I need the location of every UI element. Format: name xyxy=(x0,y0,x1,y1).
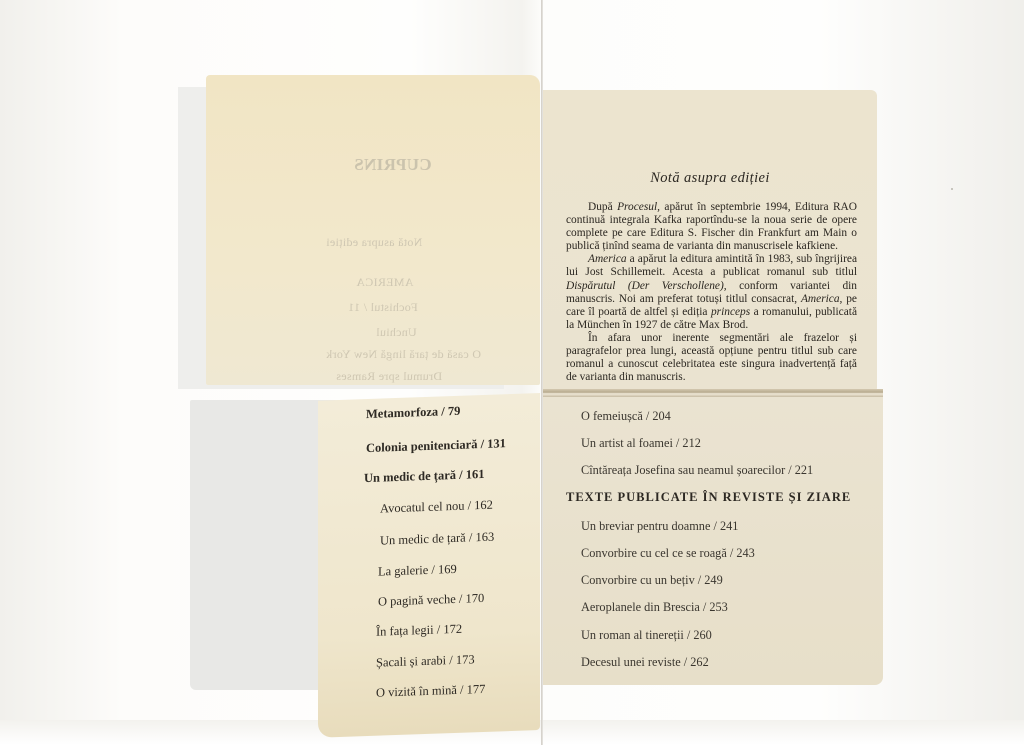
toc-entry: Convorbire cu un bețiv / 249 xyxy=(581,573,723,588)
show-through-line: AMERICA xyxy=(356,275,413,290)
note-paragraph: America a apărut la editura amintită în … xyxy=(566,253,857,332)
show-through-line: O casă de țară lingă New York xyxy=(326,347,481,362)
note-text: În afara unor inerente segmentări ale fr… xyxy=(566,332,857,383)
note-paragraph: După Procesul, apărut în septembrie 1994… xyxy=(566,201,857,253)
toc-entry: O vizită în mină / 177 xyxy=(376,682,485,701)
toc-section-heading: TEXTE PUBLICATE ÎN REVISTE ȘI ZIARE xyxy=(566,490,851,505)
toc-entry: O femeiușcă / 204 xyxy=(581,409,671,424)
toc-entry: Metamorfoza / 79 xyxy=(366,404,460,422)
show-through-line: Fochistul / 11 xyxy=(348,300,418,315)
toc-entry: Un breviar pentru doamne / 241 xyxy=(581,519,738,534)
note-italic-text: Procesul, xyxy=(617,201,660,213)
toc-entry: Un medic de țară / 161 xyxy=(364,467,484,486)
toc-entry: La galerie / 169 xyxy=(378,562,457,580)
dust-speck xyxy=(951,188,953,190)
toc-right-page: O femeiușcă / 204Un artist al foamei / 2… xyxy=(543,397,883,685)
show-through-line: Notă asupra ediției xyxy=(326,235,422,250)
toc-left-page: Metamorfoza / 79Colonia penitenciară / 1… xyxy=(318,393,540,738)
note-text: După xyxy=(588,201,617,213)
toc-entry: O pagină veche / 170 xyxy=(378,591,484,610)
note-italic-text: America xyxy=(588,253,627,265)
page-fold-edge xyxy=(543,389,883,397)
toc-entry: Decesul unei reviste / 262 xyxy=(581,655,709,670)
toc-entry: Un roman al tinereții / 260 xyxy=(581,628,712,643)
show-through-line: Unchiul xyxy=(376,325,417,340)
toc-entry: În fața legii / 172 xyxy=(376,622,462,640)
note-italic-text: America, xyxy=(801,293,842,305)
note-italic-text: Dispărutul (Der Verschollene), xyxy=(566,280,727,292)
toc-entry: Un medic de țară / 163 xyxy=(380,530,494,549)
toc-entry: Cîntăreața Josefina sau neamul șoarecilo… xyxy=(581,463,813,478)
toc-entry: Convorbire cu cel ce se roagă / 243 xyxy=(581,546,755,561)
toc-entry: Un artist al foamei / 212 xyxy=(581,436,701,451)
toc-entry: Colonia penitenciară / 131 xyxy=(366,436,506,456)
edition-note-page: Notă asupra ediției După Procesul, apăru… xyxy=(543,90,877,392)
toc-entry: Șacali și arabi / 173 xyxy=(376,652,475,670)
toc-entry: Aeroplanele din Brescia / 253 xyxy=(581,600,728,615)
toc-entry: Avocatul cel nou / 162 xyxy=(380,498,493,517)
top-left-page: CUPRINS Notă asupra ediției AMERICA Foch… xyxy=(206,75,540,385)
show-through-line: Drumul spre Ramses xyxy=(336,369,442,384)
note-title: Notă asupra ediției xyxy=(543,170,877,187)
show-through-title: CUPRINS xyxy=(354,155,432,175)
note-italic-text: princeps xyxy=(711,306,750,318)
note-paragraph: În afara unor inerente segmentări ale fr… xyxy=(566,332,857,384)
note-body: După Procesul, apărut în septembrie 1994… xyxy=(566,201,857,384)
